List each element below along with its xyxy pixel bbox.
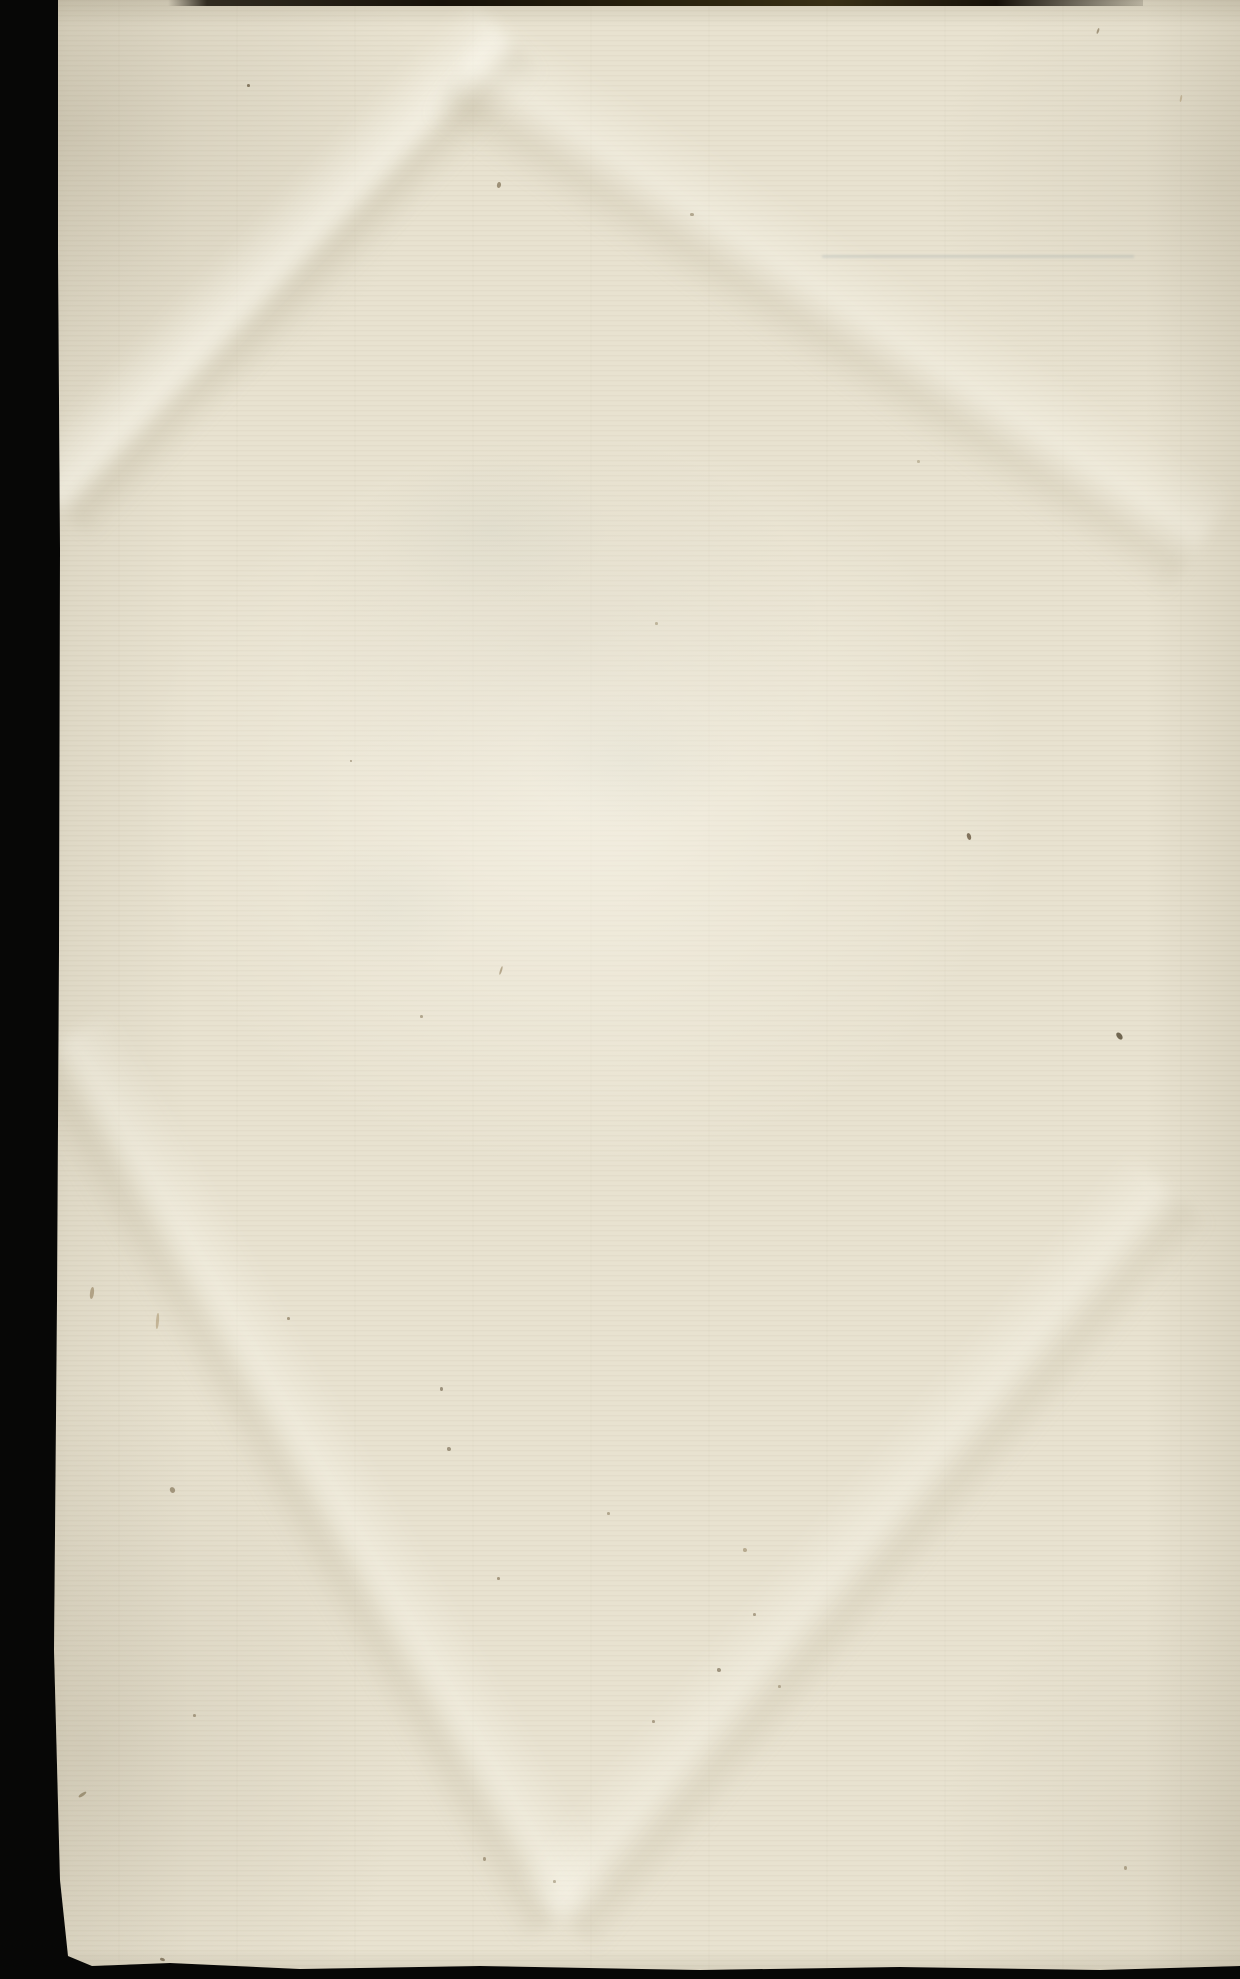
- paper-speck: [966, 833, 972, 841]
- paper-speck: [607, 1512, 610, 1515]
- paper-crease-lower-right: [514, 1152, 1213, 1954]
- paper-speck: [778, 1685, 781, 1688]
- paper-speck: [169, 1486, 176, 1493]
- paper-speck: [193, 1714, 196, 1717]
- paper-speck: [160, 1957, 166, 1961]
- paper-speck: [917, 460, 920, 463]
- paper-speck: [499, 966, 504, 975]
- paper-sheet: [0, 0, 1240, 1979]
- paper-speck: [1124, 1866, 1127, 1870]
- scan-background: [0, 0, 1240, 1979]
- specks-layer: [0, 0, 1240, 1979]
- paper-speck: [655, 622, 658, 625]
- paper-crease-upper-right: [426, 11, 1235, 599]
- paper-speck: [1115, 1031, 1124, 1040]
- paper-speck: [1096, 28, 1100, 34]
- paper-speck: [247, 84, 250, 87]
- paper-speck: [78, 1791, 87, 1799]
- paper-speck: [1179, 95, 1182, 102]
- paper-speck: [717, 1668, 721, 1672]
- paper-speck: [350, 760, 352, 762]
- paper-speck: [753, 1613, 756, 1616]
- paper-shading-vignette: [0, 0, 1240, 1979]
- paper-speck: [420, 1015, 423, 1018]
- paper-speck: [155, 1313, 159, 1329]
- paper-speck: [440, 1387, 443, 1391]
- paper-speck: [743, 1548, 747, 1552]
- paper-crease-upper-left: [15, 0, 546, 542]
- paper-speck: [483, 1857, 486, 1861]
- paper-laid-texture: [0, 0, 1240, 1979]
- paper-speck: [553, 1880, 556, 1883]
- paper-speck: [287, 1317, 290, 1320]
- paper-speck: [447, 1447, 451, 1451]
- paper-speck: [690, 213, 694, 216]
- paper-speck: [497, 1577, 500, 1580]
- paper-speck: [652, 1720, 655, 1723]
- paper-crease-lower-left: [13, 1011, 618, 1943]
- paper-chain-lines: [0, 0, 1240, 1979]
- paper-speck: [89, 1287, 95, 1299]
- plate-mark-showthrough-line: [822, 255, 1134, 258]
- ink-showthrough-ghost: [0, 0, 1240, 1979]
- paper-speck: [496, 182, 501, 189]
